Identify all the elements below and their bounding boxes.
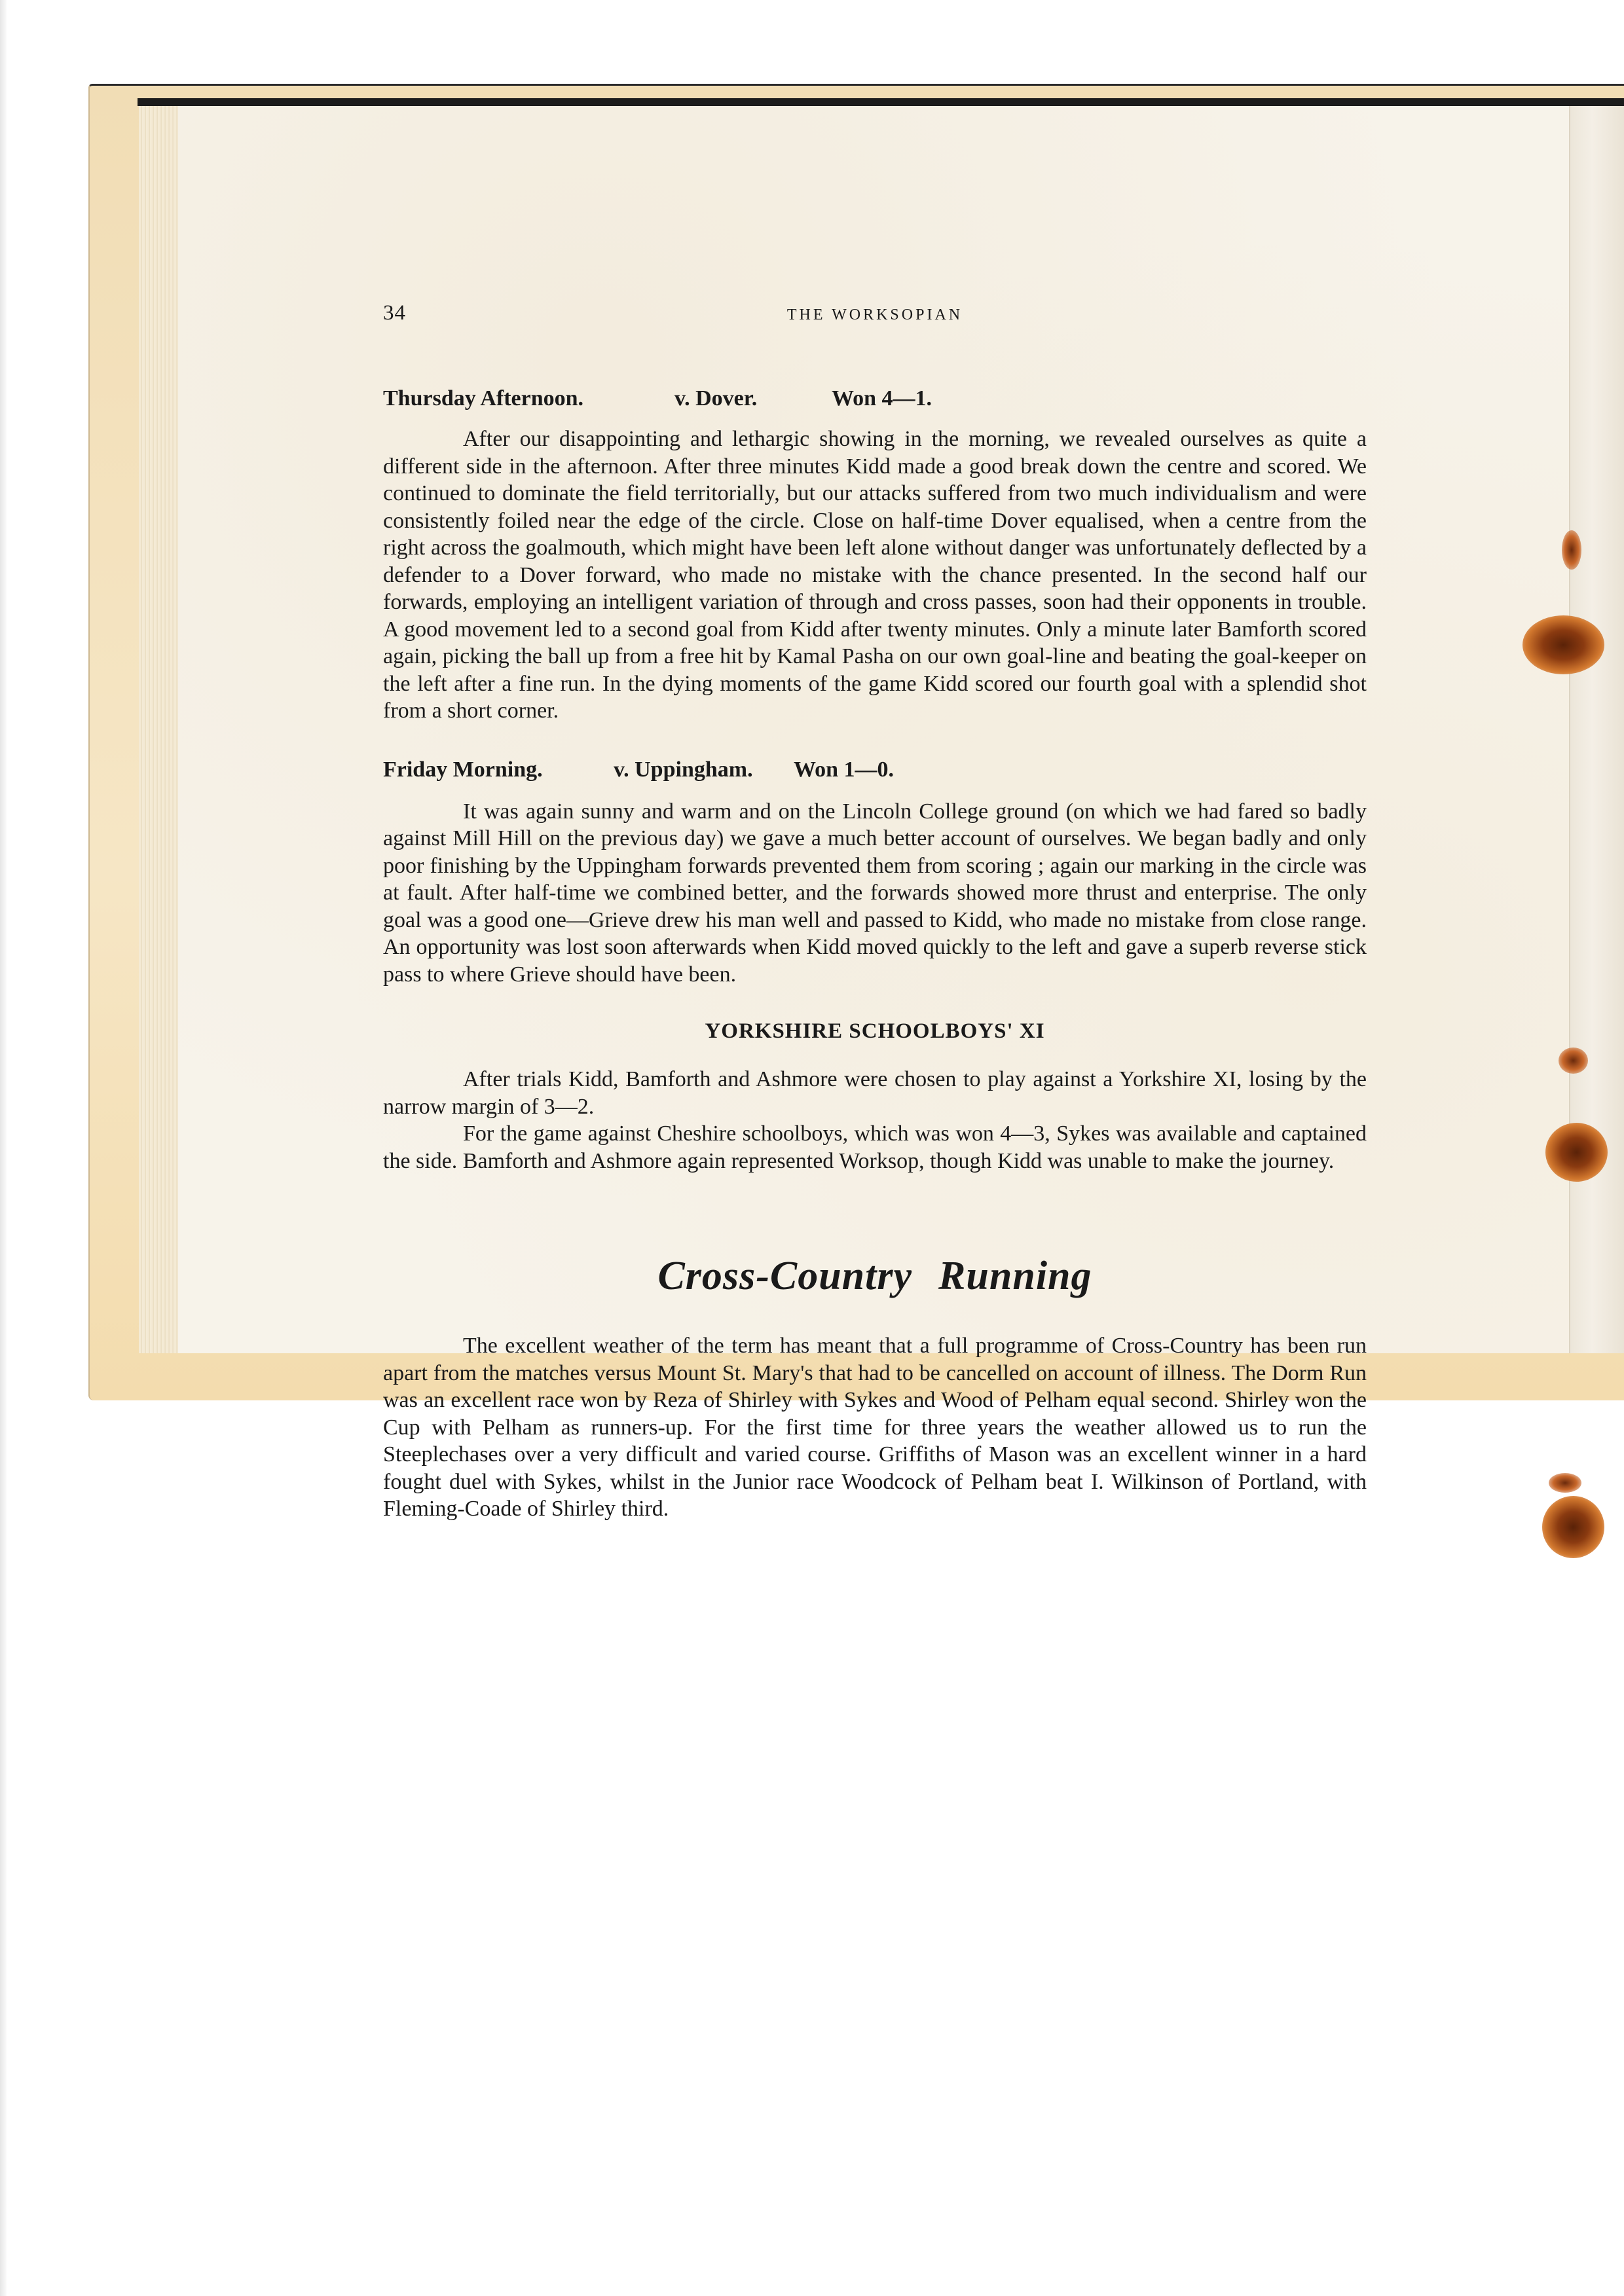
match-opponent: v. Dover.: [674, 386, 832, 411]
match-report-dover: After our disappointing and lethargic sh…: [383, 426, 1367, 725]
match-day: Friday Morning.: [383, 757, 614, 782]
match-heading-uppingham: Friday Morning.v. Uppingham.Won 1—0.: [383, 757, 1367, 782]
title-word-2: Running: [938, 1254, 1092, 1298]
title-word-1: Cross-Country: [657, 1254, 912, 1298]
match-report-uppingham: It was again sunny and warm and on the L…: [383, 798, 1367, 989]
staple-rust-stain: [1545, 1123, 1608, 1182]
match-day: Thursday Afternoon.: [383, 386, 674, 411]
staple-rust-stain: [1562, 530, 1581, 570]
match-result: Won 4—1.: [832, 386, 932, 411]
scanner-edge: [0, 0, 7, 2296]
staple-rust-stain: [1549, 1473, 1581, 1493]
match-result: Won 1—0.: [794, 757, 894, 782]
cross-country-title: Cross-CountryRunning: [383, 1253, 1367, 1300]
yorkshire-paragraph-2: For the game against Cheshire schoolboys…: [383, 1120, 1367, 1175]
page-content: 34 THE WORKSOPIAN Thursday Afternoon.v. …: [383, 301, 1367, 1523]
staple-rust-stain: [1559, 1048, 1588, 1074]
running-header: 34 THE WORKSOPIAN: [383, 301, 1367, 340]
yorkshire-paragraph-1: After trials Kidd, Bamforth and Ashmore …: [383, 1066, 1367, 1120]
staple-rust-stain: [1542, 1496, 1604, 1558]
book-top-shadow: [138, 98, 1624, 106]
page-stack-edge: [139, 106, 178, 1353]
yorkshire-heading: YORKSHIRE SCHOOLBOYS' XI: [383, 1019, 1367, 1044]
match-opponent: v. Uppingham.: [614, 757, 794, 782]
staple-rust-stain: [1522, 615, 1604, 674]
cross-country-paragraph: The excellent weather of the term has me…: [383, 1332, 1367, 1523]
journal-title: THE WORKSOPIAN: [383, 306, 1367, 324]
match-heading-dover: Thursday Afternoon.v. Dover.Won 4—1.: [383, 386, 1367, 411]
